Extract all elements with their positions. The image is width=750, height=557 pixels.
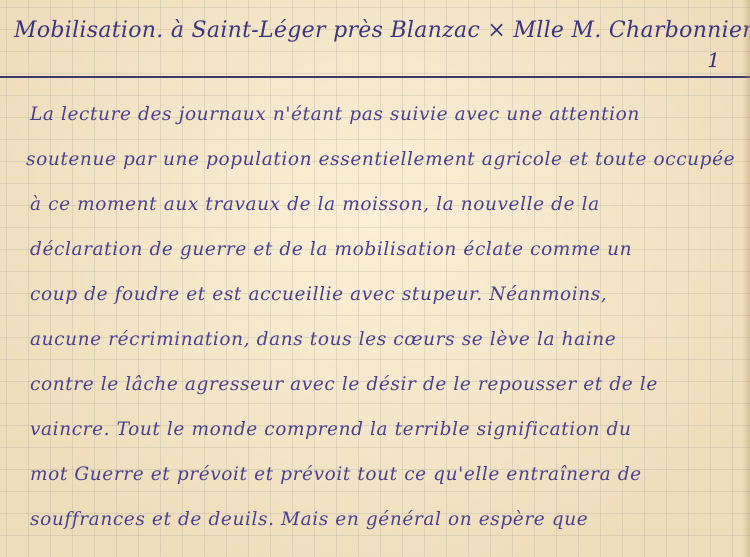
text-line: souffrances et de deuils. Mais en généra… <box>30 509 588 530</box>
page-header: Mobilisation. à Saint-Léger près Blanzac… <box>10 6 740 66</box>
text-line: soutenue par une population essentiellem… <box>26 149 735 170</box>
page-title: Mobilisation. à Saint-Léger près Blanzac… <box>14 18 750 43</box>
header-rule <box>0 76 750 78</box>
text-line: à ce moment aux travaux de la moisson, l… <box>30 194 600 215</box>
text-line: La lecture des journaux n'étant pas suiv… <box>30 104 640 125</box>
text-line: déclaration de guerre et de la mobilisat… <box>30 239 632 260</box>
text-line: coup de foudre et est accueillie avec st… <box>30 284 607 305</box>
text-line: vaincre. Tout le monde comprend la terri… <box>30 419 632 440</box>
page-number: 1 <box>707 48 720 72</box>
text-line: aucune récrimination, dans tous les cœur… <box>30 329 616 350</box>
notebook-page: Mobilisation. à Saint-Léger près Blanzac… <box>0 0 750 557</box>
text-line: contre le lâche agresseur avec le désir … <box>30 374 658 395</box>
text-line: mot Guerre et prévoit et prévoit tout ce… <box>30 464 642 485</box>
